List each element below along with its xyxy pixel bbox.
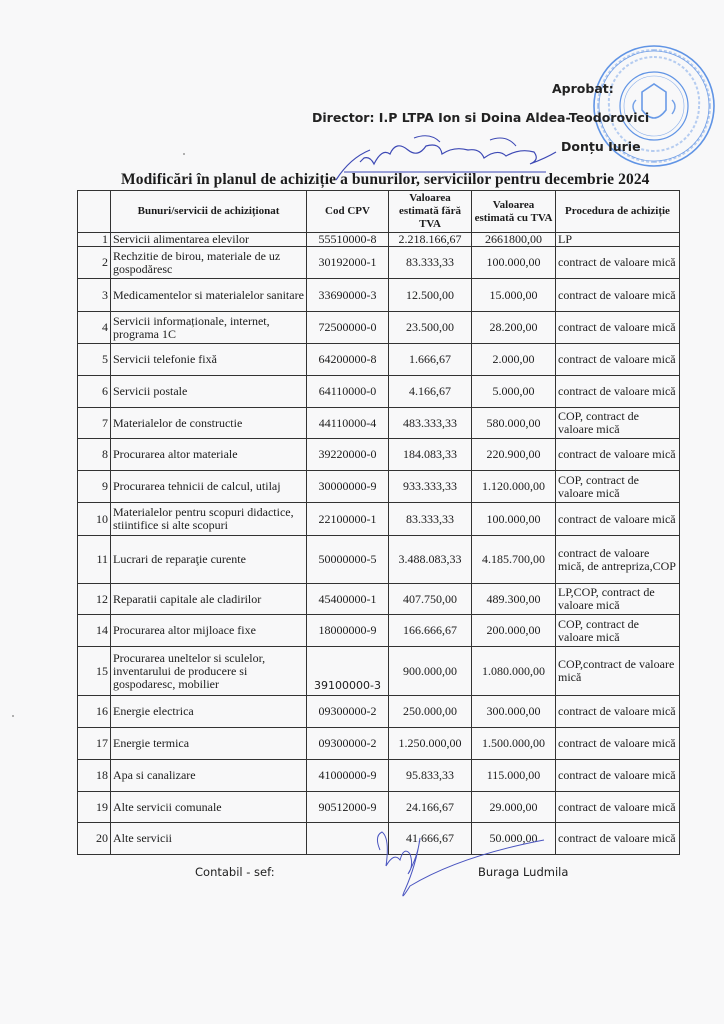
column-header-number bbox=[78, 191, 111, 233]
procurement-procedure: contract de valoare mică bbox=[556, 247, 680, 279]
cpv-code: 30000000-9 bbox=[307, 471, 389, 503]
row-number: 11 bbox=[78, 536, 111, 584]
row-number: 1 bbox=[78, 233, 111, 247]
scan-speck bbox=[183, 153, 185, 155]
procurement-procedure: contract de valoare mică, de antrepriza,… bbox=[556, 536, 680, 584]
value-without-vat: 1.250.000,00 bbox=[389, 728, 472, 760]
value-without-vat: 184.083,33 bbox=[389, 439, 472, 471]
value-with-vat: 5.000,00 bbox=[472, 376, 556, 408]
row-number: 5 bbox=[78, 344, 111, 376]
value-without-vat: 95.833,33 bbox=[389, 760, 472, 792]
row-number: 16 bbox=[78, 696, 111, 728]
row-number: 4 bbox=[78, 312, 111, 344]
director-line: Director: I.P LTPA Ion si Doina Aldea-Te… bbox=[312, 110, 649, 125]
value-with-vat: 115.000,00 bbox=[472, 760, 556, 792]
value-with-vat: 200.000,00 bbox=[472, 615, 556, 647]
row-number: 6 bbox=[78, 376, 111, 408]
cpv-code: 09300000-2 bbox=[307, 728, 389, 760]
document-page: Aprobat: Director: I.P LTPA Ion si Doina… bbox=[0, 0, 724, 1024]
item-name: Energie electrica bbox=[111, 696, 307, 728]
cpv-code: 39220000-0 bbox=[307, 439, 389, 471]
item-name: Procurarea tehnicii de calcul, utilaj bbox=[111, 471, 307, 503]
value-with-vat: 100.000,00 bbox=[472, 247, 556, 279]
row-number: 15 bbox=[78, 647, 111, 696]
value-with-vat: 220.900,00 bbox=[472, 439, 556, 471]
value-without-vat: 3.488.083,33 bbox=[389, 536, 472, 584]
item-name: Servicii alimentarea elevilor bbox=[111, 233, 307, 247]
item-name: Alte servicii bbox=[111, 823, 307, 855]
table-row: 12Reparatii capitale ale cladirilor45400… bbox=[78, 584, 680, 615]
row-number: 14 bbox=[78, 615, 111, 647]
row-number: 10 bbox=[78, 503, 111, 536]
table-row: 19Alte servicii comunale90512000-924.166… bbox=[78, 792, 680, 823]
value-without-vat: 166.666,67 bbox=[389, 615, 472, 647]
cpv-code: 64110000-0 bbox=[307, 376, 389, 408]
value-with-vat: 1.120.000,00 bbox=[472, 471, 556, 503]
accountant-name: Buraga Ludmila bbox=[478, 865, 568, 879]
table-row: 8Procurarea altor materiale39220000-0184… bbox=[78, 439, 680, 471]
cpv-code: 39100000-3 bbox=[307, 647, 389, 696]
procurement-procedure: contract de valoare mică bbox=[556, 792, 680, 823]
cpv-code: 64200000-8 bbox=[307, 344, 389, 376]
cpv-code: 22100000-1 bbox=[307, 503, 389, 536]
table-row: 18Apa si canalizare41000000-995.833,3311… bbox=[78, 760, 680, 792]
value-without-vat: 900.000,00 bbox=[389, 647, 472, 696]
director-name: Donțu Iurie bbox=[561, 139, 641, 154]
cpv-code: 09300000-2 bbox=[307, 696, 389, 728]
row-number: 8 bbox=[78, 439, 111, 471]
scan-speck bbox=[12, 715, 14, 717]
table-row: 15Procurarea uneltelor si sculelor, inve… bbox=[78, 647, 680, 696]
procurement-procedure: contract de valoare mică bbox=[556, 760, 680, 792]
cpv-code: 45400000-1 bbox=[307, 584, 389, 615]
value-without-vat: 83.333,33 bbox=[389, 247, 472, 279]
value-with-vat: 50.000,00 bbox=[472, 823, 556, 855]
value-without-vat: 250.000,00 bbox=[389, 696, 472, 728]
value-without-vat: 4.166,67 bbox=[389, 376, 472, 408]
row-number: 18 bbox=[78, 760, 111, 792]
procurement-procedure: COP, contract de valoare mică bbox=[556, 615, 680, 647]
value-with-vat: 28.200,00 bbox=[472, 312, 556, 344]
cpv-code: 55510000-8 bbox=[307, 233, 389, 247]
approved-label: Aprobat: bbox=[552, 81, 614, 96]
column-header-procedure: Procedura de achiziție bbox=[556, 191, 680, 233]
item-name: Procurarea altor materiale bbox=[111, 439, 307, 471]
accountant-label: Contabil - sef: bbox=[195, 865, 275, 879]
table-row: 9Procurarea tehnicii de calcul, utilaj30… bbox=[78, 471, 680, 503]
table-row: 3Medicamentelor si materialelor sanitare… bbox=[78, 279, 680, 312]
column-header-value-without-vat: Valoarea estimată fără TVA bbox=[389, 191, 472, 233]
value-with-vat: 15.000,00 bbox=[472, 279, 556, 312]
procurement-procedure: contract de valoare mică bbox=[556, 344, 680, 376]
table-row: 2Rechzitie de birou, materiale de uz gos… bbox=[78, 247, 680, 279]
procurement-procedure: contract de valoare mică bbox=[556, 503, 680, 536]
row-number: 3 bbox=[78, 279, 111, 312]
cpv-code: 41000000-9 bbox=[307, 760, 389, 792]
item-name: Alte servicii comunale bbox=[111, 792, 307, 823]
item-name: Materialelor de constructie bbox=[111, 408, 307, 439]
table-header-row: Bunuri/servicii de achiziționat Cod CPV … bbox=[78, 191, 680, 233]
table-row: 5Servicii telefonie fixă64200000-81.666,… bbox=[78, 344, 680, 376]
procurement-procedure: contract de valoare mică bbox=[556, 439, 680, 471]
value-without-vat: 933.333,33 bbox=[389, 471, 472, 503]
cpv-code: 44110000-4 bbox=[307, 408, 389, 439]
table-row: 14Procurarea altor mijloace fixe18000000… bbox=[78, 615, 680, 647]
table-row: 17Energie termica09300000-21.250.000,001… bbox=[78, 728, 680, 760]
cpv-code: 18000000-9 bbox=[307, 615, 389, 647]
column-header-value-with-vat: Valoarea estimată cu TVA bbox=[472, 191, 556, 233]
row-number: 20 bbox=[78, 823, 111, 855]
value-with-vat: 580.000,00 bbox=[472, 408, 556, 439]
value-with-vat: 489.300,00 bbox=[472, 584, 556, 615]
value-without-vat: 41.666,67 bbox=[389, 823, 472, 855]
procurement-procedure: COP, contract de valoare mică bbox=[556, 408, 680, 439]
table-row: 11Lucrari de reparaţie curente50000000-5… bbox=[78, 536, 680, 584]
value-with-vat: 100.000,00 bbox=[472, 503, 556, 536]
cpv-code: 72500000-0 bbox=[307, 312, 389, 344]
value-with-vat: 300.000,00 bbox=[472, 696, 556, 728]
procurement-procedure: contract de valoare mică bbox=[556, 312, 680, 344]
cpv-code: 50000000-5 bbox=[307, 536, 389, 584]
value-with-vat: 1.080.000,00 bbox=[472, 647, 556, 696]
item-name: Lucrari de reparaţie curente bbox=[111, 536, 307, 584]
table-row: 4Servicii informaționale, internet, prog… bbox=[78, 312, 680, 344]
value-without-vat: 407.750,00 bbox=[389, 584, 472, 615]
item-name: Procurarea uneltelor si sculelor, invent… bbox=[111, 647, 307, 696]
procurement-procedure: LP,COP, contract de valoare mică bbox=[556, 584, 680, 615]
procurement-procedure: LP bbox=[556, 233, 680, 247]
item-name: Reparatii capitale ale cladirilor bbox=[111, 584, 307, 615]
row-number: 9 bbox=[78, 471, 111, 503]
item-name: Apa si canalizare bbox=[111, 760, 307, 792]
value-with-vat: 1.500.000,00 bbox=[472, 728, 556, 760]
table-row: 1Servicii alimentarea elevilor55510000-8… bbox=[78, 233, 680, 247]
table-row: 16Energie electrica09300000-2250.000,003… bbox=[78, 696, 680, 728]
procurement-procedure: contract de valoare mică bbox=[556, 279, 680, 312]
item-name: Rechzitie de birou, materiale de uz gosp… bbox=[111, 247, 307, 279]
item-name: Materialelor pentru scopuri didactice, s… bbox=[111, 503, 307, 536]
item-name: Procurarea altor mijloace fixe bbox=[111, 615, 307, 647]
value-with-vat: 29.000,00 bbox=[472, 792, 556, 823]
procurement-table: Bunuri/servicii de achiziționat Cod CPV … bbox=[77, 190, 680, 855]
row-number: 19 bbox=[78, 792, 111, 823]
value-without-vat: 24.166,67 bbox=[389, 792, 472, 823]
value-without-vat: 83.333,33 bbox=[389, 503, 472, 536]
item-name: Servicii postale bbox=[111, 376, 307, 408]
document-title: Modificări în planul de achiziție a bunu… bbox=[121, 171, 650, 189]
value-without-vat: 2.218.166,67 bbox=[389, 233, 472, 247]
item-name: Servicii informaționale, internet, progr… bbox=[111, 312, 307, 344]
cpv-code: 30192000-1 bbox=[307, 247, 389, 279]
procurement-procedure: COP, contract de valoare mică bbox=[556, 471, 680, 503]
item-name: Energie termica bbox=[111, 728, 307, 760]
table-row: 20Alte servicii41.666,6750.000,00contrac… bbox=[78, 823, 680, 855]
cpv-code: 33690000-3 bbox=[307, 279, 389, 312]
value-with-vat: 2661800,00 bbox=[472, 233, 556, 247]
value-without-vat: 1.666,67 bbox=[389, 344, 472, 376]
cpv-code bbox=[307, 823, 389, 855]
value-without-vat: 23.500,00 bbox=[389, 312, 472, 344]
row-number: 12 bbox=[78, 584, 111, 615]
table-row: 6Servicii postale64110000-04.166,675.000… bbox=[78, 376, 680, 408]
procurement-procedure: contract de valoare mică bbox=[556, 696, 680, 728]
value-without-vat: 483.333,33 bbox=[389, 408, 472, 439]
column-header-goods-services: Bunuri/servicii de achiziționat bbox=[111, 191, 307, 233]
column-header-cpv-code: Cod CPV bbox=[307, 191, 389, 233]
cpv-code: 90512000-9 bbox=[307, 792, 389, 823]
table-row: 7 Materialelor de constructie44110000-44… bbox=[78, 408, 680, 439]
item-name: Servicii telefonie fixă bbox=[111, 344, 307, 376]
value-without-vat: 12.500,00 bbox=[389, 279, 472, 312]
row-number: 2 bbox=[78, 247, 111, 279]
value-with-vat: 4.185.700,00 bbox=[472, 536, 556, 584]
table-row: 10Materialelor pentru scopuri didactice,… bbox=[78, 503, 680, 536]
row-number: 7 bbox=[78, 408, 111, 439]
item-name: Medicamentelor si materialelor sanitare bbox=[111, 279, 307, 312]
procurement-procedure: contract de valoare mică bbox=[556, 823, 680, 855]
procurement-procedure: contract de valoare mică bbox=[556, 728, 680, 760]
procurement-procedure: contract de valoare mică bbox=[556, 376, 680, 408]
value-with-vat: 2.000,00 bbox=[472, 344, 556, 376]
row-number: 17 bbox=[78, 728, 111, 760]
procurement-procedure: COP,contract de valoare mică bbox=[556, 647, 680, 696]
